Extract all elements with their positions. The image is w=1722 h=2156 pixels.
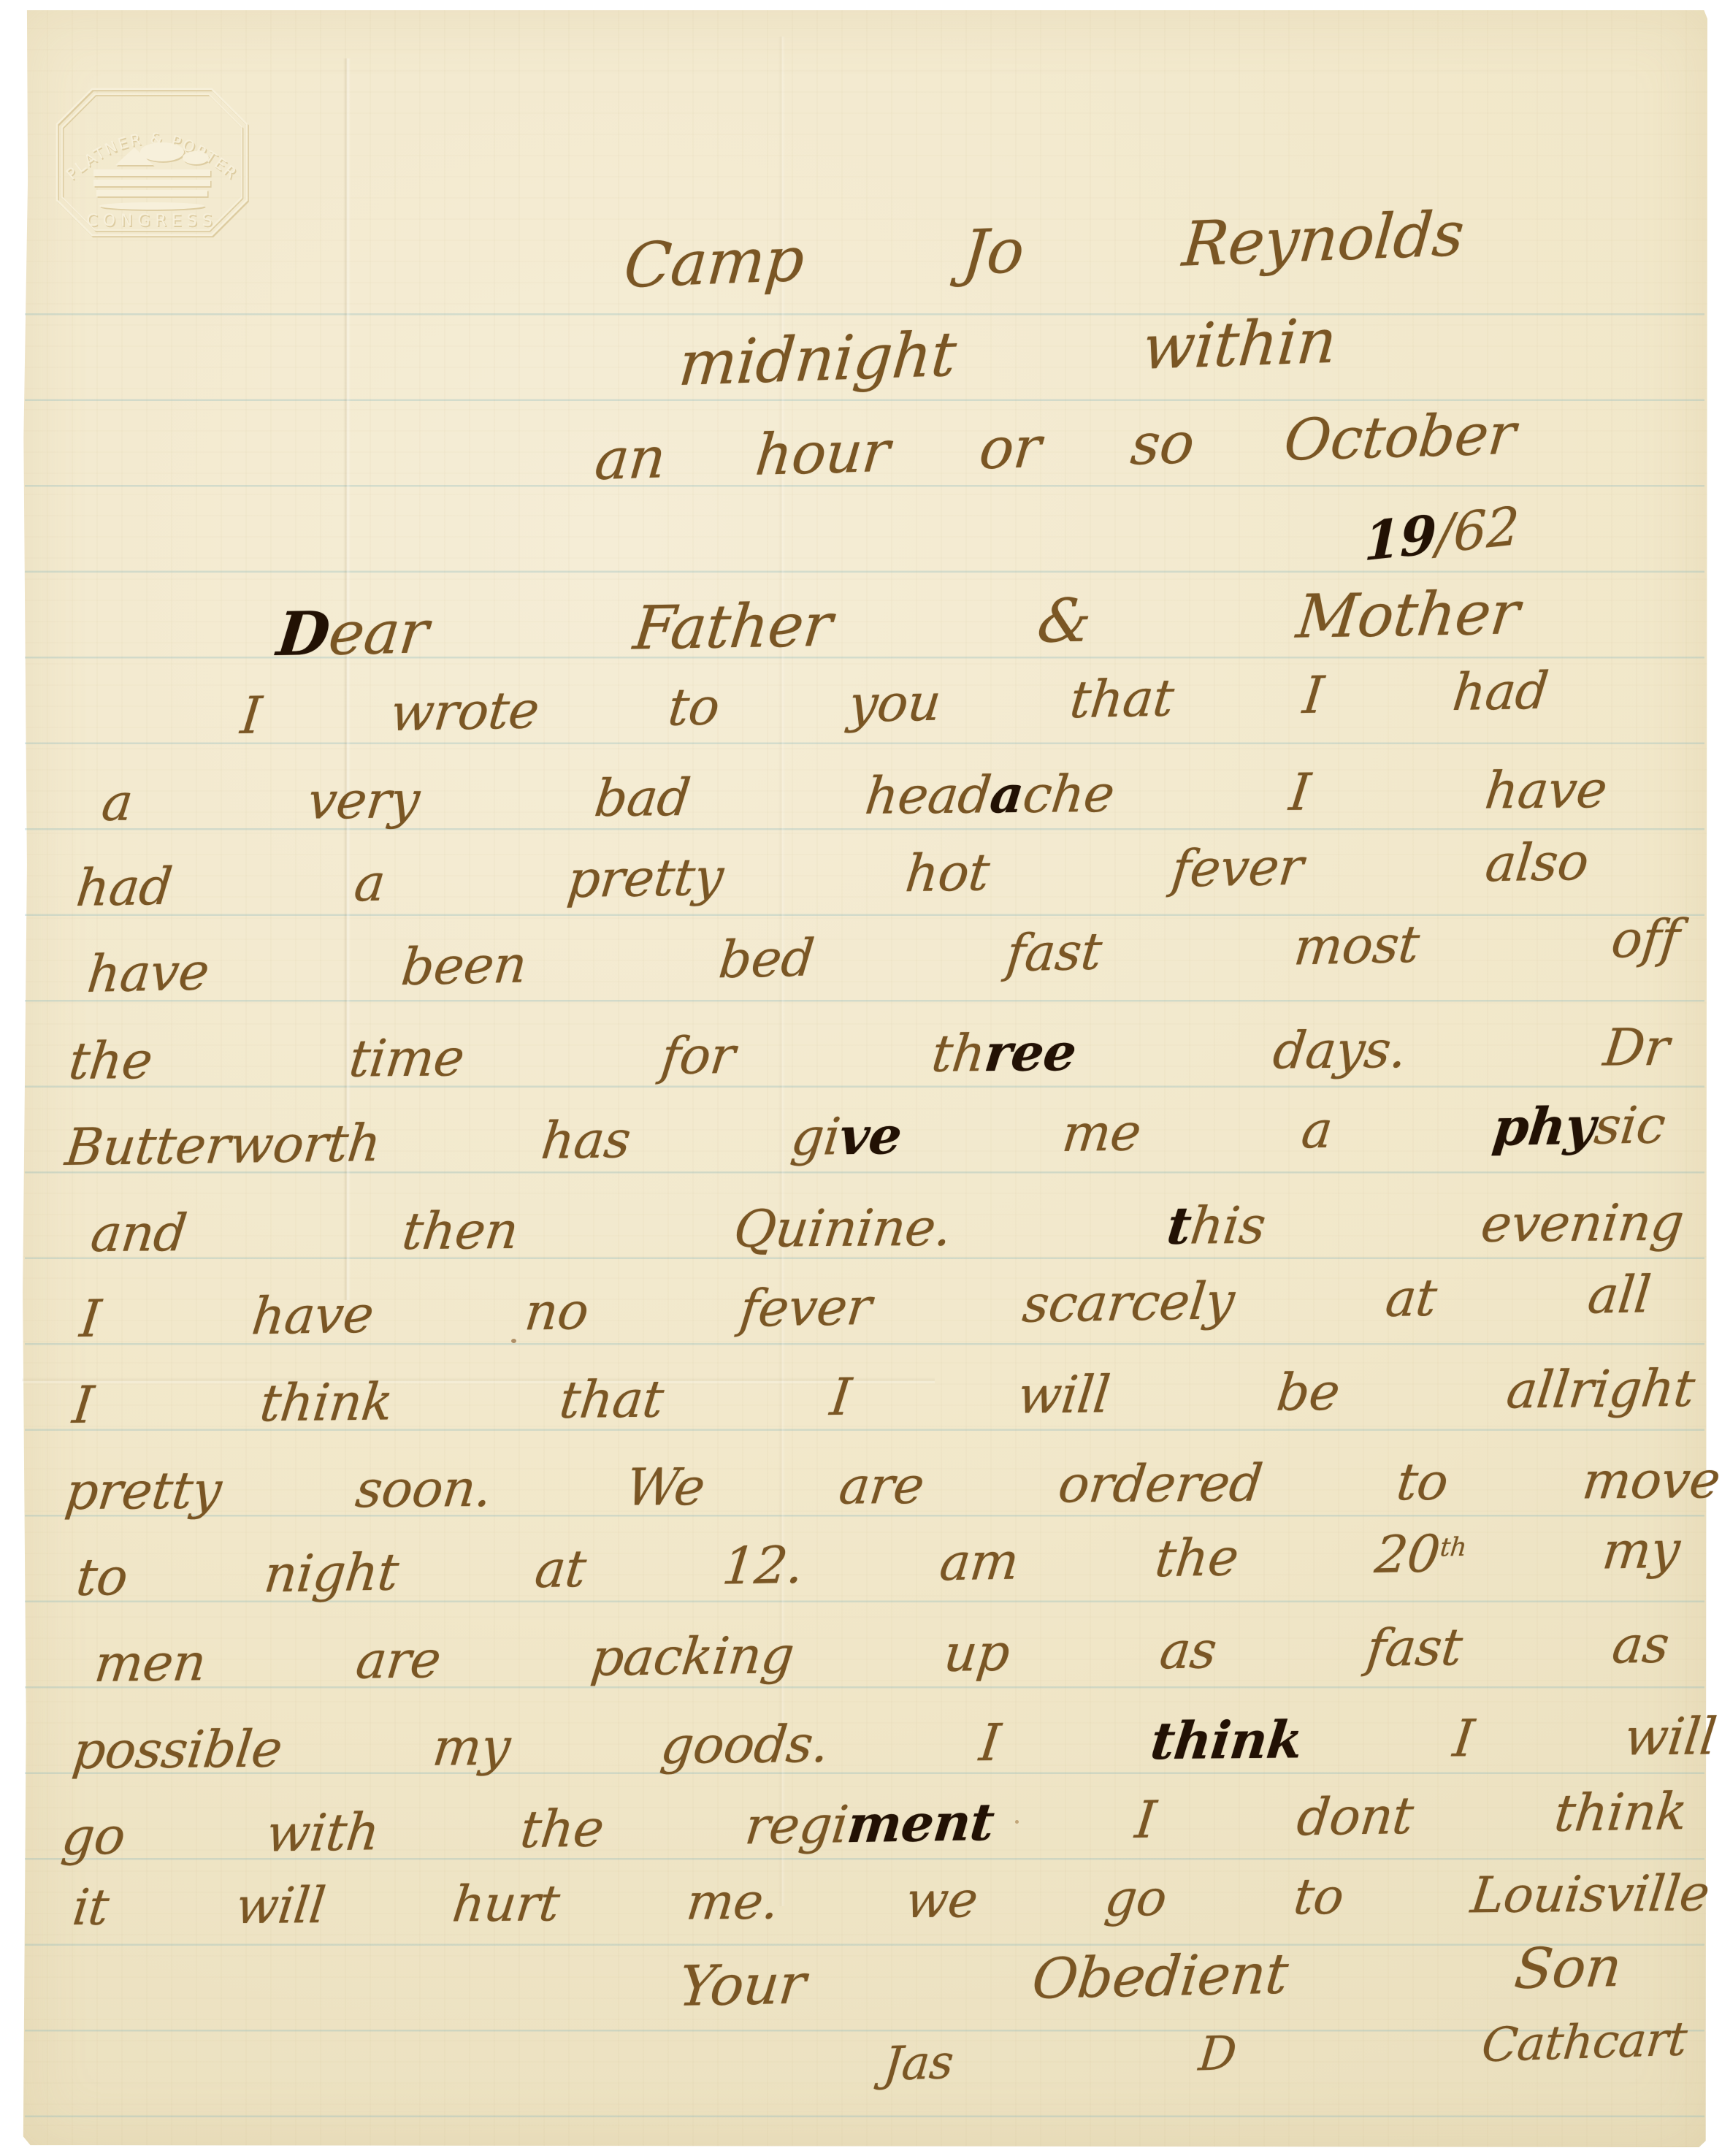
stamp-bottom-text: CONGRESS (86, 212, 217, 230)
text-segment: 19 (1363, 502, 1436, 573)
text-segment: Butterworth has gi (63, 1106, 843, 1177)
body-line-2: a very bad headache I have (99, 761, 1610, 831)
text-segment: ree (981, 1022, 1079, 1083)
text-segment: ment (844, 1792, 997, 1854)
text-segment: phy (1490, 1096, 1598, 1158)
text-segment: me a (898, 1098, 1496, 1166)
text-segment: sic (1591, 1095, 1668, 1155)
scanned-letter-page: PLATNER & PORTER CONGRESS PLATNER & PORT… (0, 0, 1722, 2156)
text-segment: a very bad head (99, 765, 994, 833)
text-segment: possible my goods. I (69, 1711, 1155, 1781)
text-segment: che I have (1020, 760, 1610, 825)
body-line-5: the time for three days. Dr (66, 1019, 1672, 1090)
text-segment: I will (1298, 1706, 1719, 1770)
text-segment: ve (837, 1105, 905, 1166)
text-segment: /62 (1436, 494, 1520, 565)
text-segment: go with the regi (59, 1794, 852, 1867)
body-line-7: and then Quinine. this evening (88, 1194, 1686, 1262)
text-segment: think (1148, 1709, 1306, 1771)
text-segment: and then Quinine. (88, 1196, 1171, 1264)
body-line-10: pretty soon. We are ordered to move (63, 1452, 1722, 1520)
text-segment: I dont think (990, 1781, 1690, 1852)
text-segment: days. Dr (1073, 1017, 1672, 1082)
text-segment: the time for th (66, 1023, 988, 1091)
text-segment: my (1463, 1520, 1683, 1583)
text-segment: his evening (1187, 1193, 1687, 1256)
text-segment: D (274, 599, 333, 670)
text-segment: th (1439, 1533, 1468, 1563)
text-segment: pretty soon. We are ordered to move (62, 1450, 1722, 1521)
embossed-stamp: PLATNER & PORTER CONGRESS PLATNER & PORT… (53, 85, 251, 242)
